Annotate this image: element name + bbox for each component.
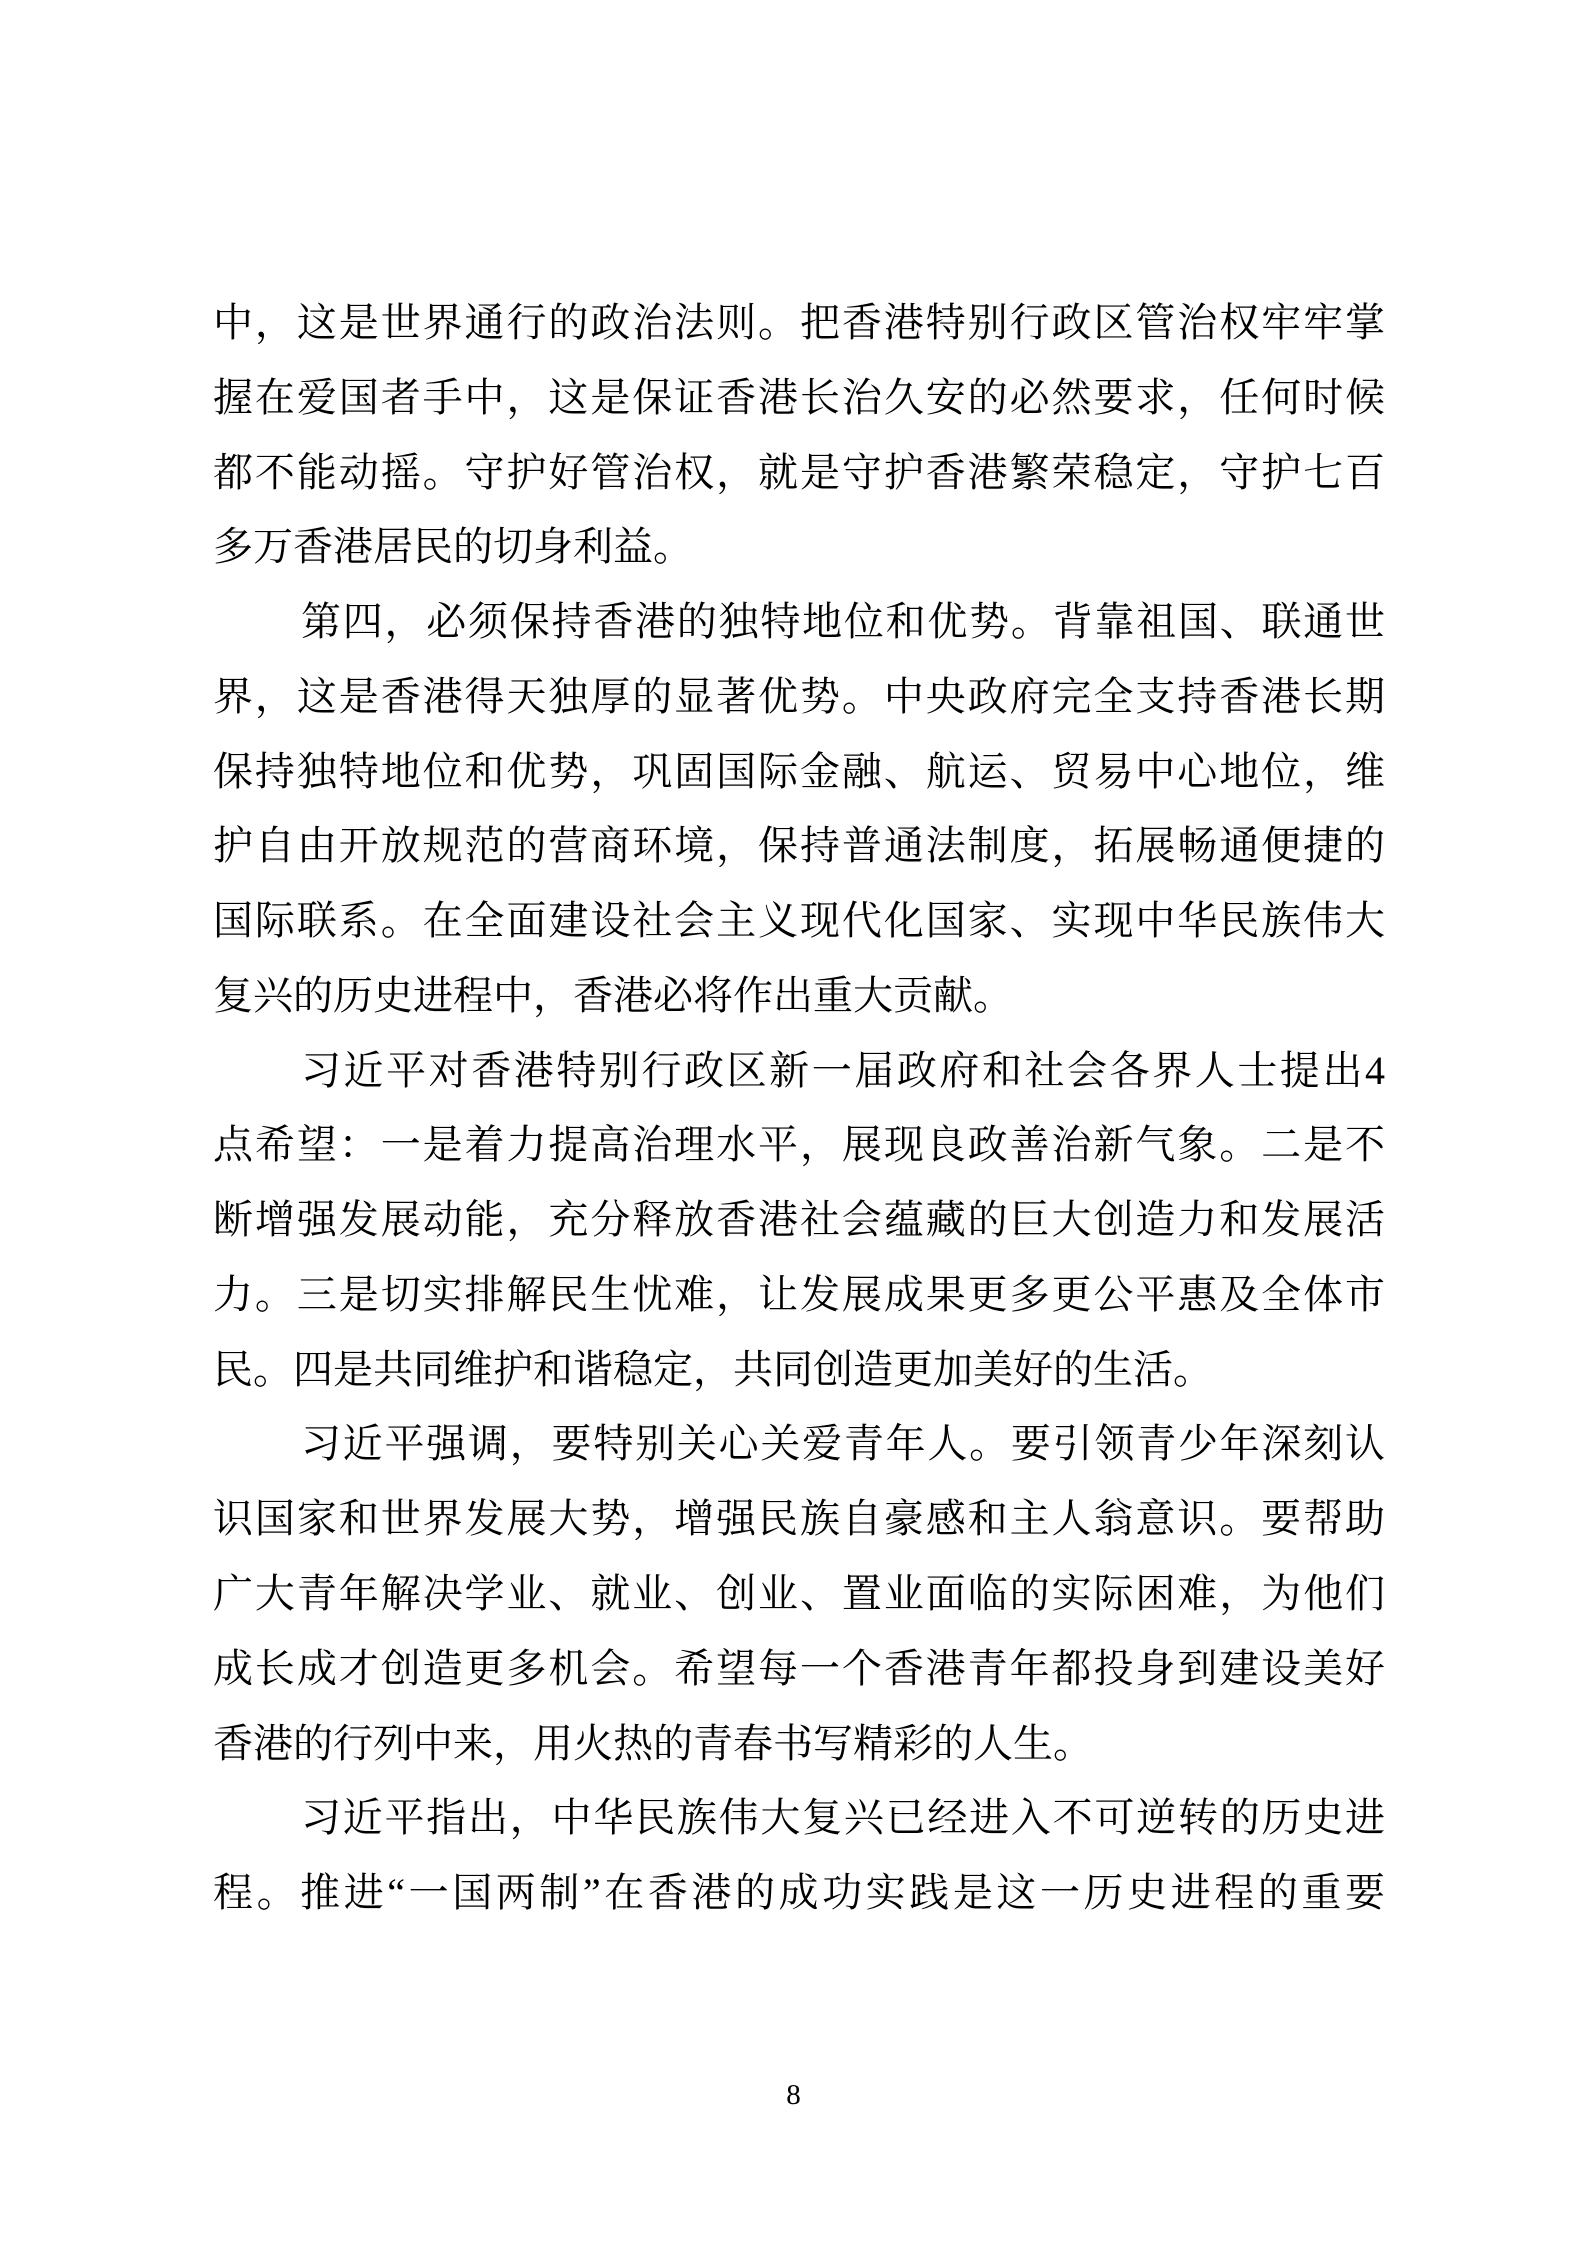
text-line: 香港的行列中来，用火热的青春书写精彩的人生。 [213,1707,1385,1782]
text-line: 习近平对香港特别行政区新一届政府和社会各界人士提出4 [213,1034,1385,1109]
text-line: 民。四是共同维护和谐稳定，共同创造更加美好的生活。 [213,1333,1385,1408]
document-body: 中，这是世界通行的政治法则。把香港特别行政区管治权牢牢掌握在爱国者手中，这是保证… [213,286,1385,1931]
text-line: 力。三是切实排解民生忧难，让发展成果更多更公平惠及全体市 [213,1258,1385,1333]
text-line: 界，这是香港得天独厚的显著优势。中央政府完全支持香港长期 [213,660,1385,735]
text-line: 复兴的历史进程中，香港必将作出重大贡献。 [213,959,1385,1034]
text-line: 点希望：一是着力提高治理水平，展现良政善治新气象。二是不 [213,1108,1385,1183]
text-line: 握在爱国者手中，这是保证香港长治久安的必然要求，任何时候 [213,361,1385,436]
text-line: 保持独特地位和优势，巩固国际金融、航运、贸易中心地位，维 [213,735,1385,810]
text-line: 都不能动摇。守护好管治权，就是守护香港繁荣稳定，守护七百 [213,436,1385,511]
text-line: 识国家和世界发展大势，增强民族自豪感和主人翁意识。要帮助 [213,1482,1385,1557]
text-line: 习近平强调，要特别关心关爱青年人。要引领青少年深刻认 [213,1407,1385,1482]
text-line: 护自由开放规范的营商环境，保持普通法制度，拓展畅通便捷的 [213,809,1385,884]
text-line: 断增强发展动能，充分释放香港社会蕴藏的巨大创造力和发展活 [213,1183,1385,1258]
text-line: 成长成才创造更多机会。希望每一个香港青年都投身到建设美好 [213,1632,1385,1707]
page-footer: 8 [0,2080,1587,2112]
text-line: 中，这是世界通行的政治法则。把香港特别行政区管治权牢牢掌 [213,286,1385,361]
text-line: 广大青年解决学业、就业、创业、置业面临的实际困难，为他们 [213,1557,1385,1632]
page-number: 8 [786,2079,801,2111]
text-line: 第四，必须保持香港的独特地位和优势。背靠祖国、联通世 [213,585,1385,660]
document-page: 中，这是世界通行的政治法则。把香港特别行政区管治权牢牢掌握在爱国者手中，这是保证… [0,0,1587,2245]
text-line: 习近平指出，中华民族伟大复兴已经进入不可逆转的历史进 [213,1781,1385,1856]
text-line: 国际联系。在全面建设社会主义现代化国家、实现中华民族伟大 [213,884,1385,959]
text-line: 程。推进“一国两制”在香港的成功实践是这一历史进程的重要 [213,1856,1385,1931]
text-line: 多万香港居民的切身利益。 [213,510,1385,585]
